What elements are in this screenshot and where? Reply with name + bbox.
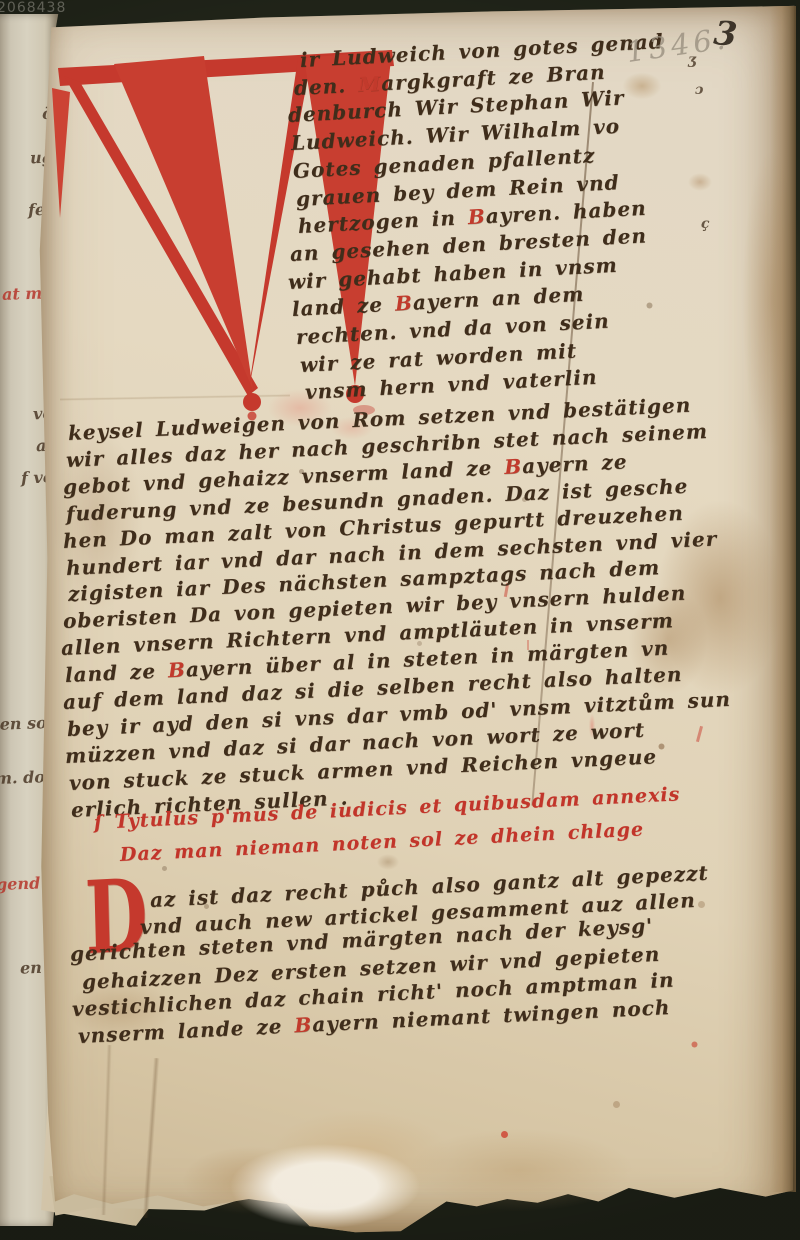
manuscript-photo: { "page": { "archive_number": "2068438",… [0, 0, 800, 1240]
text-segment: den. [293, 72, 358, 99]
folio-number-ink: 3 [712, 13, 739, 54]
archive-number: 2068438 [0, 0, 66, 16]
red-touched-letter: B [504, 454, 523, 479]
text-segment: land ze [64, 658, 168, 687]
stray-ink-mark: ç [701, 216, 710, 232]
red-touched-letter: B [467, 204, 486, 229]
text-segment: ayern ze [522, 449, 628, 478]
red-touched-letter: B [167, 658, 186, 683]
red-touched-letter: M [357, 71, 381, 96]
red-touched-letter: B [394, 291, 413, 316]
stray-ink-mark: ɔ [695, 82, 704, 98]
red-touched-letter: B [294, 1013, 313, 1038]
